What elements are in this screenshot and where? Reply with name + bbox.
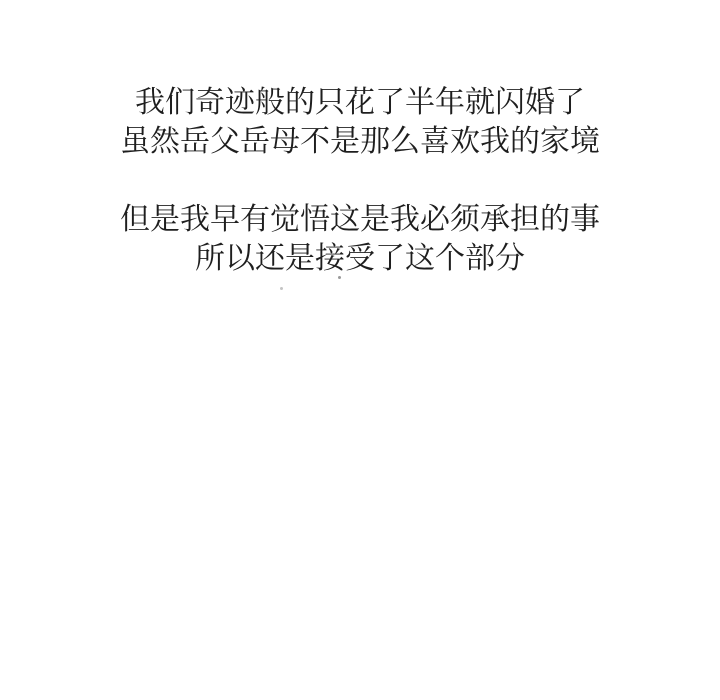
artifact-dot xyxy=(338,276,341,279)
caption-line-1: 我们奇迹般的只花了半年就闪婚了 xyxy=(0,83,720,122)
caption-text-block: 我们奇迹般的只花了半年就闪婚了 虽然岳父岳母不是那么喜欢我的家境 但是我早有觉悟… xyxy=(0,83,720,278)
artifact-dot xyxy=(280,287,283,290)
caption-line-2: 虽然岳父岳母不是那么喜欢我的家境 xyxy=(0,122,720,161)
caption-line-3: 但是我早有觉悟这是我必须承担的事 xyxy=(0,200,720,239)
caption-line-4: 所以还是接受了这个部分 xyxy=(0,239,720,278)
caption-blank-line xyxy=(0,161,720,200)
